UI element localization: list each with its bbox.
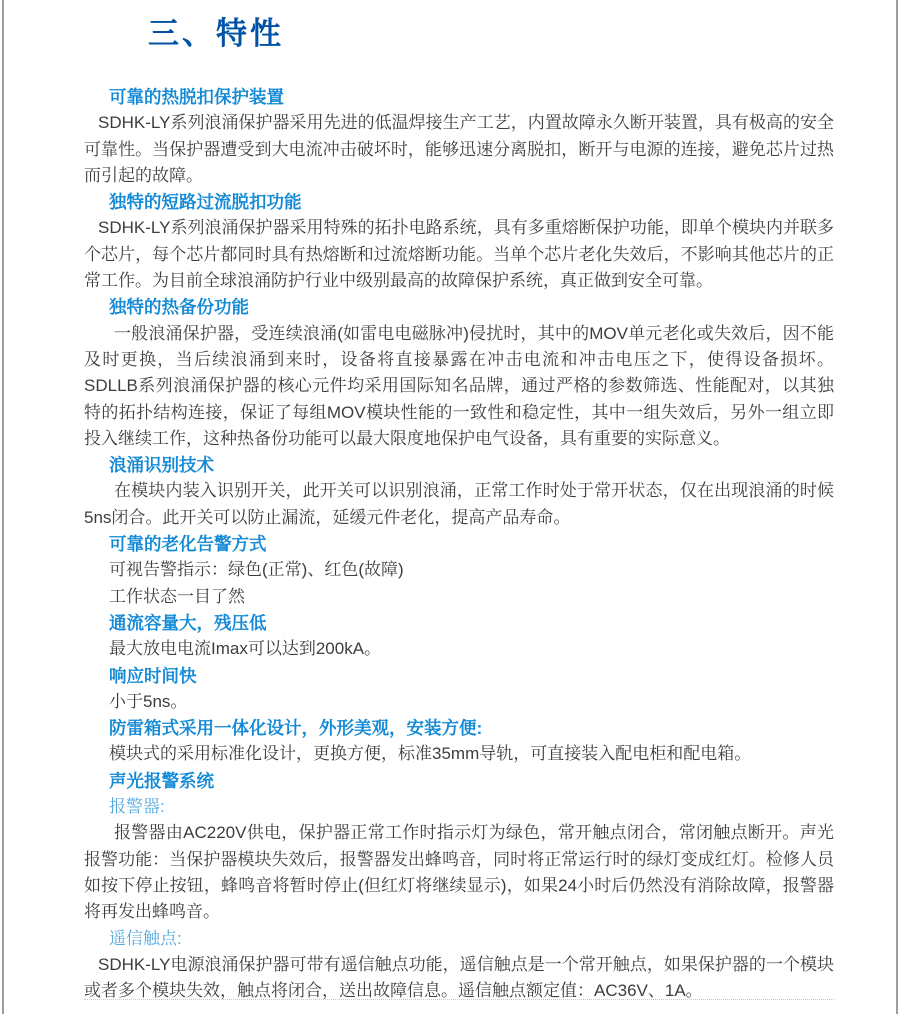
para-remote-contact: SDHK-LY电源浪涌保护器可带有遥信触点功能，遥信触点是一个常开触点，如果保护… [84,952,834,1005]
line-alarm-indication: 可视告警指示：绿色(正常)、红色(故障) [84,557,834,583]
para-thermal-trip: SDHK-LY系列浪涌保护器采用先进的低温焊接生产工艺，内置故障永久断开装置，具… [84,110,834,189]
page-right-border [896,0,898,1014]
subheading-alarm-device: 报警器: [84,794,834,820]
heading-aging-alarm: 可靠的老化告警方式 [84,531,834,557]
line-module-design: 模块式的采用标准化设计，更换方便，标准35mm导轨，可直接装入配电柜和配电箱。 [84,741,834,767]
line-response-value: 小于5ns。 [84,689,834,715]
heading-flow-capacity: 通流容量大，残压低 [84,610,834,636]
line-working-status: 工作状态一目了然 [84,584,834,610]
heading-response-time: 响应时间快 [84,663,834,689]
line-max-discharge: 最大放电电流Imax可以达到200kA。 [84,636,834,662]
para-alarm-device: 报警器由AC220V供电，保护器正常工作时指示灯为绿色，常开触点闭合，常闭触点断… [84,820,834,925]
para-hot-backup: 一般浪涌保护器，受连续浪涌(如雷电电磁脉冲)侵扰时，其中的MOV单元老化或失效后… [84,321,834,452]
document-body: 可靠的热脱扣保护装置 SDHK-LY系列浪涌保护器采用先进的低温焊接生产工艺，内… [84,84,834,1004]
heading-surge-recognition: 浪涌识别技术 [84,452,834,478]
page-title: 三、特性 [148,12,284,56]
para-overcurrent-trip: SDHK-LY系列浪涌保护器采用特殊的拓扑电路系统，具有多重熔断保护功能，即单个… [84,215,834,294]
document-page: 三、特性 可靠的热脱扣保护装置 SDHK-LY系列浪涌保护器采用先进的低温焊接生… [0,0,900,1014]
footer-divider [84,999,834,1000]
heading-overcurrent-trip: 独特的短路过流脱扣功能 [84,189,834,215]
page-left-border [2,0,4,1014]
heading-integrated-design: 防雷箱式采用一体化设计，外形美观，安装方便: [84,715,834,741]
subheading-remote-contact: 遥信触点: [84,926,834,952]
heading-sound-light-alarm: 声光报警系统 [84,768,834,794]
para-surge-recognition: 在模块内装入识别开关，此开关可以识别浪涌，正常工作时处于常开状态，仅在出现浪涌的… [84,478,834,531]
heading-thermal-trip: 可靠的热脱扣保护装置 [84,84,834,110]
heading-hot-backup: 独特的热备份功能 [84,294,834,320]
